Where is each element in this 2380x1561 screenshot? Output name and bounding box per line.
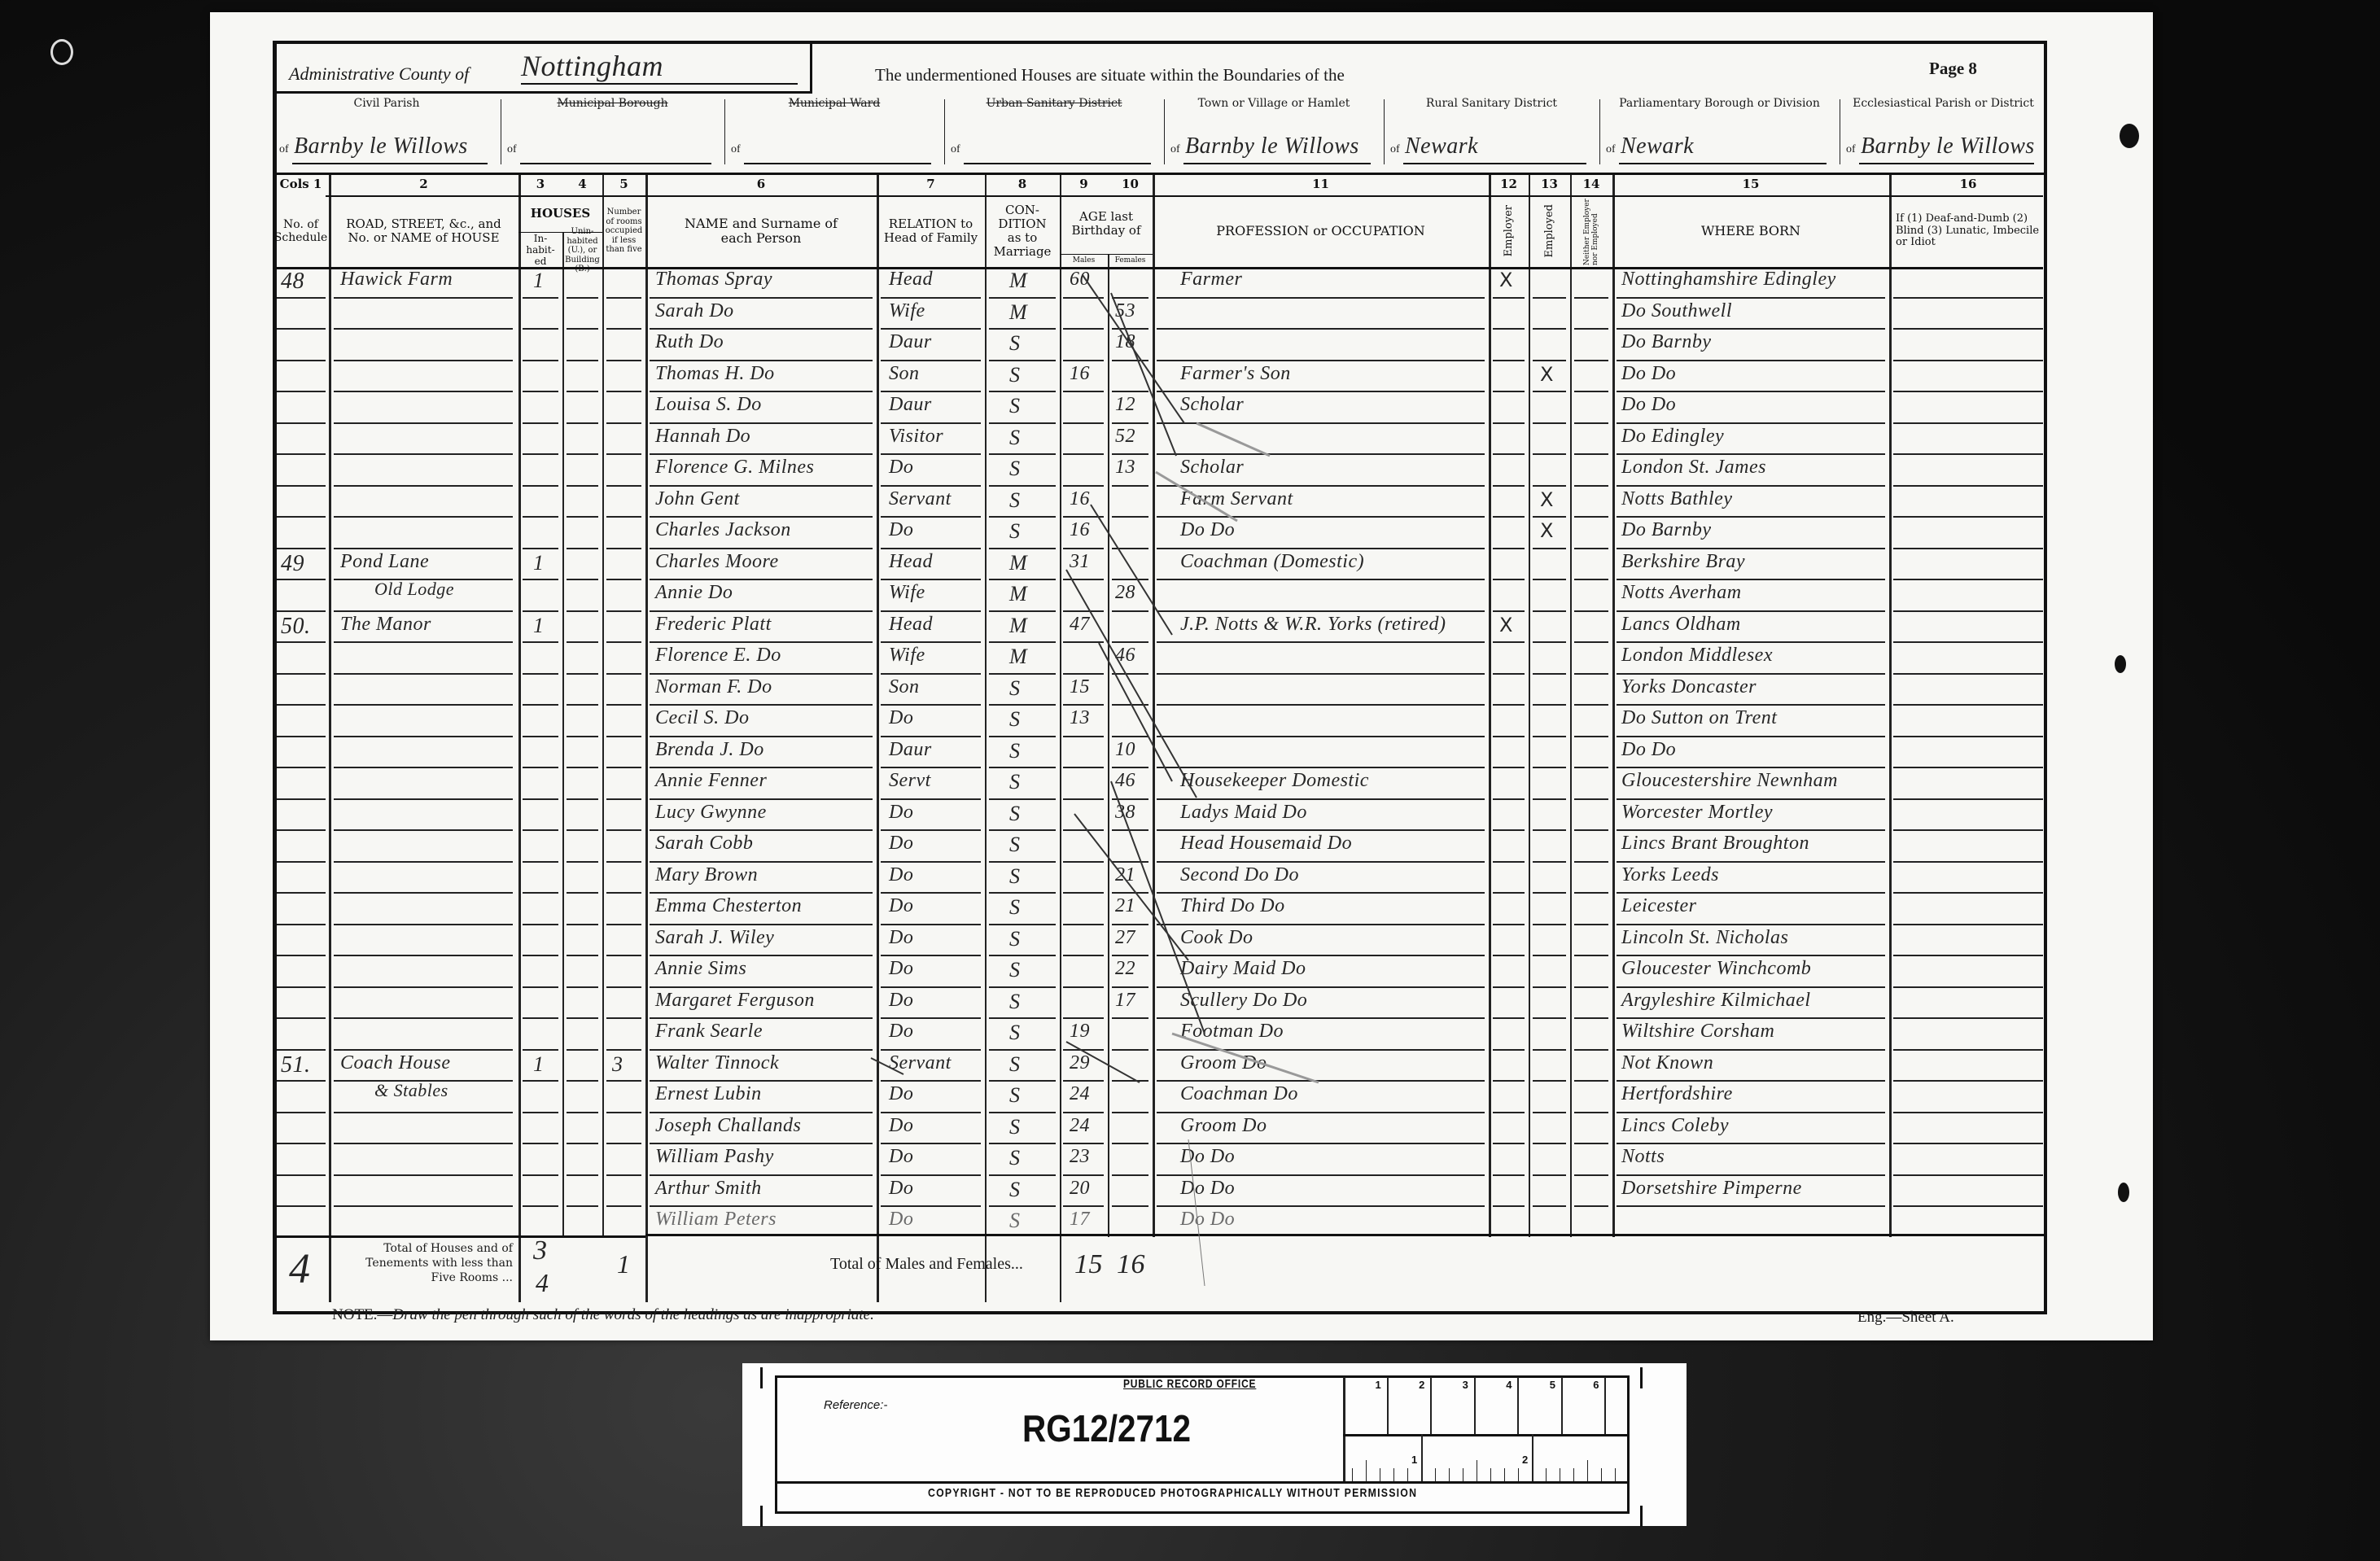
female-age: 10	[1115, 739, 1135, 761]
place-underline	[1619, 163, 1827, 164]
column-number: 7	[877, 177, 985, 191]
marital-condition: S	[1009, 1021, 1021, 1045]
person-name: Louisa S. Do	[655, 394, 762, 416]
page-number: Page 8	[1929, 59, 1977, 79]
place-value: Newark	[1405, 133, 1478, 160]
footer-note: NOTE.—Draw the pen through such of the w…	[332, 1306, 874, 1324]
table-row[interactable]: Louisa S. DoDaurS12ScholarDo Do	[273, 396, 2047, 427]
of-prefix: of	[731, 143, 741, 156]
column-number: 14	[1570, 177, 1612, 191]
occupation: Third Do Do	[1180, 895, 1285, 917]
relation: Son	[889, 676, 920, 698]
table-row[interactable]: Hannah DoVisitorS52Do Edingley	[273, 427, 2047, 459]
marital-condition: S	[1009, 426, 1021, 450]
ruler-minor-tick	[1352, 1468, 1353, 1481]
ruler-minor-tick	[1560, 1468, 1560, 1481]
place-label: Rural Sanitary District	[1384, 98, 1599, 110]
relation: Do	[889, 707, 913, 729]
table-row[interactable]: Frank SearleDoS19Footman DoWiltshire Cor…	[273, 1022, 2047, 1054]
ruler-cm-tick	[1387, 1377, 1389, 1434]
birthplace: Gloucester Winchcomb	[1621, 958, 1811, 980]
place-underline	[1859, 163, 2034, 164]
person-name: Walter Tinnock	[655, 1052, 779, 1074]
of-prefix: of	[1390, 143, 1400, 156]
schedule-number: 49	[281, 551, 304, 577]
person-name: Mary Brown	[655, 864, 758, 886]
margin-ring-mark	[50, 39, 73, 65]
table-row[interactable]: 49Pond LaneOld Lodge1Charles MooreHeadM3…	[273, 553, 2047, 584]
marital-condition: S	[1009, 1146, 1021, 1170]
column-number: 15	[1612, 177, 1889, 191]
inhabited-count: 1	[533, 614, 545, 638]
column-number: 10	[1108, 177, 1153, 191]
table-row[interactable]: Annie SimsDoS22Dairy Maid DoGloucester W…	[273, 960, 2047, 991]
card-tick	[760, 1367, 763, 1388]
marital-condition: S	[1009, 958, 1021, 982]
birthplace: London St. James	[1621, 457, 1766, 479]
person-name: Margaret Ferguson	[655, 990, 815, 1012]
relation: Servant	[889, 488, 952, 510]
table-row[interactable]: Margaret FergusonDoS17Scullery Do DoArgy…	[273, 991, 2047, 1023]
birthplace: Yorks Doncaster	[1621, 676, 1757, 698]
header-employed: Employed	[1543, 204, 1555, 257]
column-number: 13	[1529, 177, 1570, 191]
place-underline	[520, 163, 711, 164]
note-prefix: NOTE.—	[332, 1306, 392, 1323]
ruler-minor-tick	[1546, 1468, 1547, 1481]
person-name: Thomas Spray	[655, 269, 772, 291]
occupation: Coachman Do	[1180, 1083, 1298, 1105]
table-row[interactable]: Ernest LubinDoS24Coachman DoHertfordshir…	[273, 1085, 2047, 1117]
person-name: John Gent	[655, 488, 740, 510]
ruler-cm-label: 3	[1463, 1379, 1468, 1391]
ruler-cm-tick	[1561, 1377, 1563, 1434]
occupation: Scholar	[1180, 394, 1244, 416]
person-name: Joseph Challands	[655, 1115, 801, 1137]
male-age: 24	[1070, 1115, 1090, 1137]
header-road: ROAD, STREET, &c., and No. or NAME of HO…	[329, 195, 518, 267]
column-number: 12	[1489, 177, 1529, 191]
person-name: Annie Fenner	[655, 770, 767, 792]
total-schedules: 4	[289, 1245, 311, 1293]
birthplace: Notts Bathley	[1621, 488, 1732, 510]
person-name: Hannah Do	[655, 426, 750, 448]
column-number: 11	[1153, 177, 1489, 191]
header-neither-cell: Neither Employer nor Employed	[1570, 195, 1612, 267]
person-name: Brenda J. Do	[655, 739, 764, 761]
marital-condition: M	[1009, 645, 1027, 669]
table-row[interactable]: Cecil S. DoDoS13Do Sutton on Trent	[273, 709, 2047, 741]
ruler-inch-label: 2	[1522, 1454, 1528, 1466]
marital-condition: S	[1009, 927, 1021, 951]
birthplace: Do Southwell	[1621, 300, 1732, 322]
occupation: Cook Do	[1180, 927, 1253, 949]
female-age: 22	[1115, 958, 1135, 980]
total-persons-label: Total of Males and Females...	[830, 1255, 1023, 1274]
marital-condition: S	[1009, 1052, 1021, 1077]
female-age: 21	[1115, 895, 1135, 917]
card-tick	[1640, 1506, 1643, 1527]
ruler-cm-tick	[1430, 1377, 1432, 1434]
relation: Do	[889, 1178, 913, 1200]
ruler-cm-tick	[1604, 1377, 1606, 1434]
relation: Do	[889, 833, 913, 855]
marital-condition: M	[1009, 300, 1027, 325]
table-row[interactable]: Sarah CobbDoSHead Housemaid DoLincs Bran…	[273, 834, 2047, 866]
birthplace: Argyleshire Kilmichael	[1621, 990, 1811, 1012]
place-underline	[744, 163, 931, 164]
employer-mark: X	[1499, 614, 1513, 636]
occupation: Do Do	[1180, 1209, 1235, 1231]
place-label: Civil Parish	[273, 98, 501, 110]
total-houses-label: Total of Houses and of Tenements with le…	[346, 1241, 513, 1286]
ruler-minor-tick	[1532, 1460, 1533, 1481]
boundaries-text: The undermentioned Houses are situate wi…	[875, 65, 1345, 85]
inhabited-count: 1	[533, 1052, 545, 1077]
table-row[interactable]: Thomas H. DoSonS16Farmer's SonXDo Do	[273, 365, 2047, 396]
schedule-number: 51.	[281, 1052, 311, 1078]
admin-county-value: Nottingham	[521, 49, 798, 85]
occupation: Dairy Maid Do	[1180, 958, 1306, 980]
relation: Wife	[889, 300, 925, 322]
table-row[interactable]: Emma ChestertonDoS21Third Do DoLeicester	[273, 897, 2047, 929]
copyright-notice: COPYRIGHT - NOT TO BE REPRODUCED PHOTOGR…	[928, 1486, 1417, 1500]
female-age: 13	[1115, 457, 1135, 479]
header-age: AGE last Birthday of	[1060, 195, 1153, 252]
schedule-number: 50.	[281, 614, 311, 640]
place-label: Parliamentary Borough or Division	[1599, 98, 1840, 110]
occupation: J.P. Notts & W.R. Yorks (retired)	[1180, 614, 1446, 636]
sheet-label: Eng.—Sheet A.	[1857, 1309, 1954, 1327]
marital-condition: S	[1009, 331, 1021, 356]
person-name: Ruth Do	[655, 331, 724, 353]
table-row[interactable]: Florence E. DoWifeM46London Middlesex	[273, 646, 2047, 678]
female-age: 12	[1115, 394, 1135, 416]
of-prefix: of	[1170, 143, 1180, 156]
ruler-cm-label: 2	[1419, 1379, 1424, 1391]
table-row[interactable]: Mary BrownDoS21Second Do DoYorks Leeds	[273, 866, 2047, 898]
female-age: 28	[1115, 582, 1135, 604]
marital-condition: M	[1009, 582, 1027, 606]
header-employed-cell: Employed	[1529, 195, 1570, 267]
column-number: 5	[602, 177, 645, 191]
table-row[interactable]: Annie DoWifeM28Notts Averham	[273, 584, 2047, 615]
birthplace: Do Do	[1621, 394, 1676, 416]
birthplace: Hertfordshire	[1621, 1083, 1733, 1105]
total-inhabited: 3	[533, 1235, 548, 1266]
person-name: Florence G. Milnes	[655, 457, 814, 479]
relation: Head	[889, 614, 933, 636]
header-houses: HOUSES	[518, 199, 602, 230]
employed-mark: X	[1540, 363, 1554, 386]
ruler-minor-tick	[1601, 1468, 1602, 1481]
occupation: Farmer	[1180, 269, 1242, 291]
table-row[interactable]: Florence G. MilnesDoS13ScholarLondon St.…	[273, 458, 2047, 490]
occupation: Groom Do	[1180, 1052, 1267, 1074]
ink-blot	[2120, 124, 2139, 148]
ruler-minor-tick	[1421, 1460, 1422, 1481]
relation: Do	[889, 990, 913, 1012]
public-record-office: PUBLIC RECORD OFFICE	[1123, 1377, 1256, 1391]
person-name: Charles Moore	[655, 551, 779, 573]
ink-blot	[2115, 655, 2126, 673]
header-name: NAME and Surname of each Person	[645, 195, 877, 267]
person-name: Annie Sims	[655, 958, 746, 980]
ruler-minor-tick	[1587, 1460, 1588, 1481]
occupation: Housekeeper Domestic	[1180, 770, 1369, 792]
birthplace: Gloucestershire Newnham	[1621, 770, 1838, 792]
table-row[interactable]: Joseph ChallandsDoS24Groom DoLincs Coleb…	[273, 1117, 2047, 1148]
male-age: 47	[1070, 614, 1090, 636]
marital-condition: M	[1009, 614, 1027, 638]
relation: Servt	[889, 770, 931, 792]
header-occupation: PROFESSION or OCCUPATION	[1153, 195, 1489, 267]
person-name: Florence E. Do	[655, 645, 781, 667]
place-underline	[1183, 163, 1371, 164]
relation: Do	[889, 1146, 913, 1168]
reference-number: RG12/2712	[1022, 1406, 1191, 1450]
admin-county-label: Administrative County of	[289, 63, 469, 85]
ruler-cm-label: 6	[1593, 1379, 1599, 1391]
person-name: Ernest Lubin	[655, 1083, 762, 1105]
header-condition: CON-DITION as to Marriage	[985, 195, 1060, 267]
column-number: 16	[1889, 177, 2047, 191]
birthplace: Nottinghamshire Edingley	[1621, 269, 1836, 291]
occupation: Do Do	[1180, 519, 1235, 541]
person-name: Emma Chesterton	[655, 895, 802, 917]
of-prefix: of	[951, 143, 960, 156]
table-row[interactable]: Sarah J. WileyDoS27Cook DoLincoln St. Ni…	[273, 929, 2047, 960]
ruler-minor-tick	[1504, 1468, 1505, 1481]
column-number: 9	[1060, 177, 1108, 191]
marital-condition: S	[1009, 394, 1021, 418]
relation: Do	[889, 1083, 913, 1105]
header-neither: Neither Employer nor Employed	[1583, 197, 1599, 265]
of-prefix: of	[1846, 143, 1856, 156]
relation: Daur	[889, 739, 932, 761]
place-label: Municipal Borough	[501, 98, 724, 110]
road-name: Pond Lane	[340, 551, 429, 573]
table-row[interactable]: Norman F. DoSonS15Yorks Doncaster	[273, 678, 2047, 710]
table-row[interactable]: Ruth DoDaurS18Do Barnby	[273, 333, 2047, 365]
total-tenements: 4	[536, 1268, 549, 1298]
male-age: 16	[1070, 363, 1090, 385]
marital-condition: S	[1009, 864, 1021, 889]
marital-condition: S	[1009, 488, 1021, 513]
employer-mark: X	[1499, 269, 1513, 291]
occupation: Scullery Do Do	[1180, 990, 1307, 1012]
ruler-cm-label: 1	[1376, 1379, 1381, 1391]
person-name: Annie Do	[655, 582, 733, 604]
table-row[interactable]: 51.Coach House& Stables13Walter TinnockS…	[273, 1054, 2047, 1086]
total-females: 16	[1117, 1249, 1145, 1280]
header-females: Females	[1108, 254, 1153, 267]
ruler-cm-label: 5	[1550, 1379, 1555, 1391]
female-age: 27	[1115, 927, 1135, 949]
relation: Head	[889, 551, 933, 573]
relation: Do	[889, 1209, 913, 1231]
place-underline	[292, 163, 488, 164]
ruler-minor-tick	[1380, 1468, 1380, 1481]
male-age: 23	[1070, 1146, 1090, 1168]
place-value: Newark	[1621, 133, 1694, 160]
person-name: Charles Jackson	[655, 519, 791, 541]
female-age: 46	[1115, 645, 1135, 667]
birthplace: Do Barnby	[1621, 331, 1711, 353]
card-tick	[1640, 1367, 1643, 1388]
marital-condition: S	[1009, 1178, 1021, 1202]
female-age: 53	[1115, 300, 1135, 322]
male-age: 15	[1070, 676, 1090, 698]
header-inhabited: In-habit-ed	[518, 234, 562, 267]
birthplace: Do Sutton on Trent	[1621, 707, 1777, 729]
ruler-minor-tick	[1490, 1468, 1491, 1481]
table-row[interactable]: Charles JacksonDoS16Do DoXDo Barnby	[273, 521, 2047, 553]
reference-label: Reference:-	[824, 1398, 887, 1412]
relation: Do	[889, 864, 913, 886]
header-uninhabited: Unin-habited (U.), or Building (B.)	[562, 234, 602, 267]
occupation: Second Do Do	[1180, 864, 1299, 886]
person-name: Sarah Do	[655, 300, 734, 322]
place-underline	[1403, 163, 1586, 164]
marital-condition: S	[1009, 1115, 1021, 1139]
female-age: 21	[1115, 864, 1135, 886]
ruler-minor-tick	[1366, 1460, 1367, 1481]
ruler-minor-tick	[1407, 1468, 1408, 1481]
road-name: Coach House	[340, 1052, 450, 1074]
header-males: Males	[1060, 254, 1108, 267]
marital-condition: S	[1009, 1209, 1021, 1233]
birthplace: Lincs Brant Broughton	[1621, 833, 1809, 855]
occupation: Ladys Maid Do	[1180, 802, 1307, 824]
total-rooms: 1	[617, 1249, 631, 1279]
relation: Servant	[889, 1052, 952, 1074]
male-age: 31	[1070, 551, 1090, 573]
place-label: Ecclesiastical Parish or District	[1840, 98, 2047, 110]
place-value: Barnby le Willows	[1185, 133, 1359, 160]
marital-condition: S	[1009, 676, 1021, 701]
relation: Do	[889, 802, 913, 824]
place-label: Town or Village or Hamlet	[1164, 98, 1384, 110]
occupation: Head Housemaid Do	[1180, 833, 1352, 855]
relation: Daur	[889, 394, 932, 416]
relation: Son	[889, 363, 920, 385]
employed-mark: X	[1540, 488, 1554, 511]
birthplace: Do Do	[1621, 739, 1676, 761]
table-row[interactable]: Annie FennerServtS46Housekeeper Domestic…	[273, 772, 2047, 803]
person-name: Frank Searle	[655, 1021, 763, 1043]
occupation: Scholar	[1180, 457, 1244, 479]
birthplace: Lancs Oldham	[1621, 614, 1741, 636]
male-age: 16	[1070, 519, 1090, 541]
ruler-minor-tick	[1518, 1468, 1519, 1481]
marital-condition: S	[1009, 363, 1021, 387]
birthplace: London Middlesex	[1621, 645, 1773, 667]
relation: Do	[889, 1115, 913, 1137]
male-age: 13	[1070, 707, 1090, 729]
birthplace: Dorsetshire Pimperne	[1621, 1178, 1802, 1200]
of-prefix: of	[507, 143, 517, 156]
column-number: 4	[562, 177, 602, 191]
place-underline	[964, 163, 1151, 164]
ruler-minor-tick	[1435, 1468, 1436, 1481]
occupation: Do Do	[1180, 1178, 1235, 1200]
column-number: Cols 1	[273, 177, 329, 191]
table-row[interactable]: Brenda J. DoDaurS10Do Do	[273, 741, 2047, 772]
table-row[interactable]: 50.The Manor1Frederic PlattHeadM47J.P. N…	[273, 615, 2047, 647]
column-number: 6	[645, 177, 877, 191]
marital-condition: S	[1009, 833, 1021, 857]
header-employer: Employer	[1503, 205, 1515, 256]
birthplace: Notts Averham	[1621, 582, 1742, 604]
birthplace: Wiltshire Corsham	[1621, 1021, 1774, 1043]
total-males: 15	[1074, 1249, 1103, 1280]
reference-divider	[775, 1481, 1630, 1484]
male-age: 60	[1070, 269, 1090, 291]
male-age: 17	[1070, 1209, 1090, 1231]
relation: Daur	[889, 331, 932, 353]
marital-condition: S	[1009, 770, 1021, 794]
female-age: 46	[1115, 770, 1135, 792]
relation: Visitor	[889, 426, 943, 448]
relation: Do	[889, 457, 913, 479]
table-row[interactable]: William PashyDoS23Do DoNotts	[273, 1148, 2047, 1179]
header-employer-cell: Employer	[1489, 195, 1529, 267]
ruler-minor-tick	[1449, 1468, 1450, 1481]
person-name: Cecil S. Do	[655, 707, 749, 729]
card-tick	[760, 1506, 763, 1527]
marital-condition: S	[1009, 519, 1021, 544]
birthplace: Leicester	[1621, 895, 1696, 917]
table-row[interactable]: Sarah DoWifeM53Do Southwell	[273, 302, 2047, 334]
occupation: Footman Do	[1180, 1021, 1284, 1043]
table-row[interactable]: Arthur SmithDoS20Do DoDorsetshire Pimper…	[273, 1179, 2047, 1211]
relation: Do	[889, 519, 913, 541]
column-number: 8	[985, 177, 1060, 191]
header-rooms: Number of rooms occupied if less than fi…	[602, 195, 645, 267]
occupation: Farmer's Son	[1180, 363, 1291, 385]
ruler-cm-tick	[1474, 1377, 1476, 1434]
occupation: Groom Do	[1180, 1115, 1267, 1137]
birthplace: Worcester Mortley	[1621, 802, 1773, 824]
marital-condition: S	[1009, 457, 1021, 481]
of-prefix: of	[1606, 143, 1616, 156]
marital-condition: S	[1009, 739, 1021, 763]
marital-condition: S	[1009, 707, 1021, 732]
table-row[interactable]: John GentServantS16Farm ServantXNotts Ba…	[273, 490, 2047, 522]
table-row[interactable]: Lucy GwynneDoS38Ladys Maid DoWorcester M…	[273, 803, 2047, 835]
female-age: 17	[1115, 990, 1135, 1012]
marital-condition: M	[1009, 269, 1027, 293]
relation: Wife	[889, 582, 925, 604]
male-age: 24	[1070, 1083, 1090, 1105]
ruler-minor-tick	[1463, 1468, 1463, 1481]
road-name: The Manor	[340, 614, 431, 636]
person-name: William Pashy	[655, 1146, 774, 1168]
marital-condition: S	[1009, 1083, 1021, 1108]
place-value: Barnby le Willows	[1861, 133, 2035, 160]
schedule-number: 48	[281, 269, 304, 295]
table-row[interactable]: 48Hawick Farm1Thomas SprayHeadM60FarmerX…	[273, 270, 2047, 302]
ruler-minor-tick	[1393, 1468, 1394, 1481]
person-name: Frederic Platt	[655, 614, 772, 636]
relation: Do	[889, 927, 913, 949]
person-name: Thomas H. Do	[655, 363, 775, 385]
ruler-edge	[1343, 1377, 1345, 1481]
person-name: William Peters	[655, 1209, 777, 1231]
person-name: Sarah Cobb	[655, 833, 753, 855]
road-name: Hawick Farm	[340, 269, 453, 291]
